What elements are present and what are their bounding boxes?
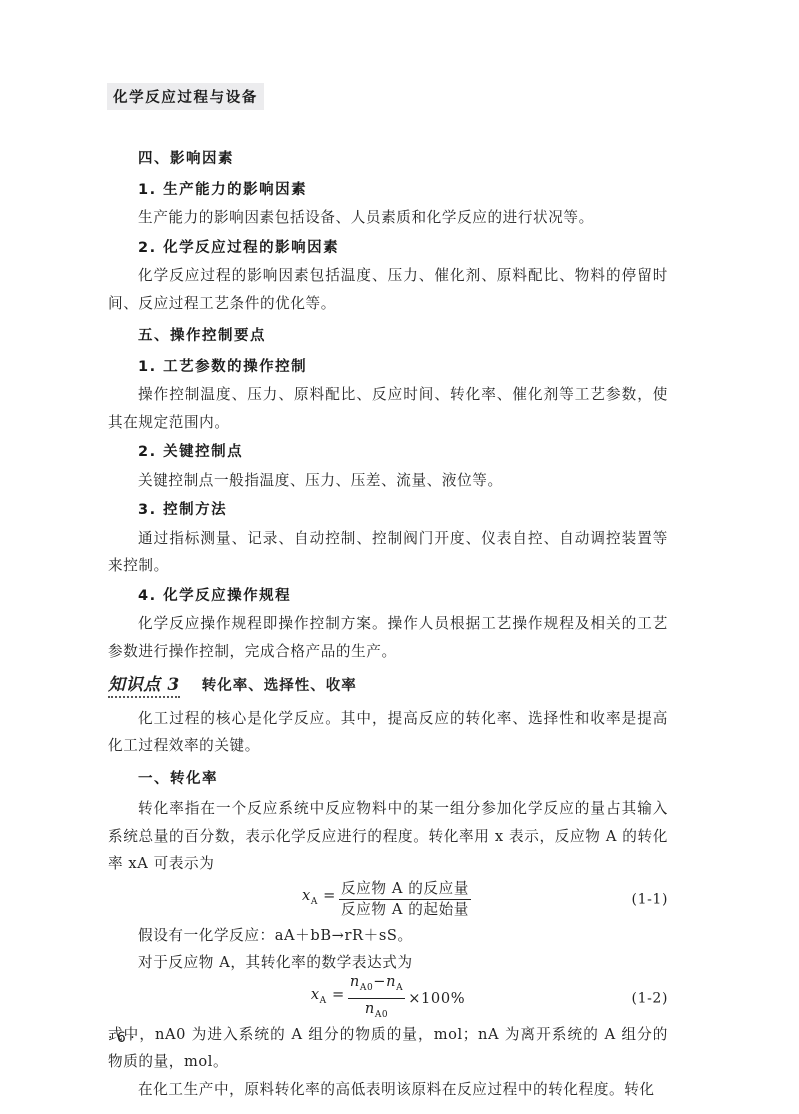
running-header: 化学反应过程与设备 xyxy=(107,83,264,110)
paragraph: 化学反应操作规程即操作控制方案。操作人员根据工艺操作规程及相关的工艺参数进行操作… xyxy=(108,610,668,665)
knowledge-point-label: 知识点 3 xyxy=(108,674,180,698)
page-content: 四、影响因素 1. 生产能力的影响因素 生产能力的影响因素包括设备、人员素质和化… xyxy=(108,140,668,1103)
equation-number: (1-2) xyxy=(632,985,668,1013)
formula-1-1: xA = 反应物 A 的反应量 反应物 A 的起始量 (1-1) xyxy=(108,878,668,922)
subheading: 2. 关键控制点 xyxy=(108,439,668,467)
paragraph: 在化工生产中，原料转化率的高低表明该原料在反应过程中的转化程度。转化 xyxy=(108,1076,668,1104)
paragraph: 化学反应过程的影响因素包括温度、压力、催化剂、原料配比、物料的停留时间、反应过程… xyxy=(108,262,668,317)
subheading: 4. 化学反应操作规程 xyxy=(108,583,668,611)
formula-lhs: xA = xyxy=(311,981,345,1015)
paragraph: 假设有一化学反应：aA＋bB→rR＋sS。 xyxy=(108,922,668,950)
section-heading-influencing-factors: 四、影响因素 xyxy=(108,146,668,174)
paragraph: 化工过程的核心是化学反应。其中，提高反应的转化率、选择性和收率是提高化工过程效率… xyxy=(108,705,668,760)
paragraph: 关键控制点一般指温度、压力、压差、流量、液位等。 xyxy=(108,467,668,495)
paragraph: 转化率指在一个反应系统中反应物料中的某一组分参加化学反应的量占其输入系统总量的百… xyxy=(108,795,668,878)
section-heading-operation-control: 五、操作控制要点 xyxy=(108,323,668,351)
paragraph: 操作控制温度、压力、原料配比、反应时间、转化率、催化剂等工艺参数，使其在规定范围… xyxy=(108,381,668,436)
page-number: · 6 · xyxy=(108,1030,135,1046)
paragraph: 通过指标测量、记录、自动控制、控制阀门开度、仪表自控、自动调控装置等来控制。 xyxy=(108,525,668,580)
fraction: 反应物 A 的反应量 反应物 A 的起始量 xyxy=(339,879,471,920)
subheading: 2. 化学反应过程的影响因素 xyxy=(108,235,668,263)
knowledge-point-title: 转化率、选择性、收率 xyxy=(202,673,357,701)
knowledge-point-heading: 知识点 3 转化率、选择性、收率 xyxy=(108,673,668,701)
subheading: 1. 生产能力的影响因素 xyxy=(108,177,668,205)
section-heading-conversion: 一、转化率 xyxy=(108,766,668,794)
fraction: nA0−nA nA0 xyxy=(348,972,405,1025)
equation-number: (1-1) xyxy=(632,886,668,914)
subheading: 1. 工艺参数的操作控制 xyxy=(108,354,668,382)
paragraph: 式中，nA0 为进入系统的 A 组分的物质的量，mol；nA 为离开系统的 A … xyxy=(108,1021,668,1076)
formula-1-2: xA = nA0−nA nA0 ×100% (1-2) xyxy=(108,977,668,1021)
subheading: 3. 控制方法 xyxy=(108,497,668,525)
paragraph: 生产能力的影响因素包括设备、人员素质和化学反应的进行状况等。 xyxy=(108,204,668,232)
formula-lhs: xA = xyxy=(302,882,336,916)
formula-multiplier: ×100% xyxy=(408,985,465,1013)
